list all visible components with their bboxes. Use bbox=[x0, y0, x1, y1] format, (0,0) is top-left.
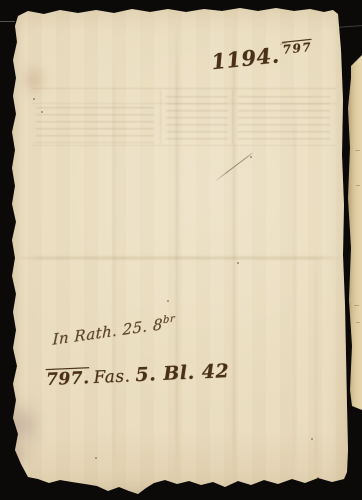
bleed-mark bbox=[354, 305, 359, 306]
bleed-mark bbox=[356, 322, 360, 323]
file-folio: 5. Bl. 42 bbox=[135, 360, 230, 386]
adjacent-page-edge bbox=[346, 50, 362, 416]
bleed-text-block bbox=[36, 107, 154, 143]
foxing-speck bbox=[311, 438, 313, 440]
bleed-text-block bbox=[238, 96, 330, 142]
vertical-crease bbox=[315, 250, 317, 480]
file-reference: 797.Fas.5. Bl. 42 bbox=[46, 360, 230, 390]
foxing-speck bbox=[167, 300, 169, 302]
council-note-superscript: br bbox=[163, 313, 175, 326]
photo-background: 1194.797 In Rath. 25. 8br 797.Fas.5. Bl.… bbox=[0, 0, 362, 500]
foxing-speck bbox=[250, 156, 252, 158]
file-number: 797. bbox=[46, 368, 90, 390]
foxing-speck bbox=[237, 262, 239, 264]
foxing-speck bbox=[33, 98, 35, 100]
scratch-line-right bbox=[337, 25, 362, 28]
foxing-speck bbox=[95, 457, 97, 459]
file-series: Fas. bbox=[93, 366, 131, 388]
bleed-column-line bbox=[160, 90, 161, 144]
foxing-speck bbox=[317, 477, 319, 479]
bleed-text-block bbox=[166, 96, 228, 142]
stain-bottom-left-small bbox=[4, 438, 34, 472]
archive-number-suffix: 797 bbox=[282, 40, 313, 57]
archive-number-main: 1194. bbox=[210, 42, 281, 74]
scratch-line-left bbox=[0, 21, 15, 22]
foxing-speck bbox=[41, 111, 43, 113]
archive-number: 1194.797 bbox=[210, 39, 314, 75]
bleed-rule-line bbox=[32, 88, 336, 89]
paper-surface: 1194.797 In Rath. 25. 8br 797.Fas.5. Bl.… bbox=[0, 0, 362, 500]
document-page: 1194.797 In Rath. 25. 8br 797.Fas.5. Bl.… bbox=[0, 0, 362, 500]
council-note-text: In Rath. 25. 8 bbox=[52, 315, 163, 349]
bleed-column-line bbox=[232, 90, 233, 144]
bleed-mark bbox=[355, 150, 360, 151]
verso-bleed-through bbox=[32, 88, 336, 152]
bleed-mark bbox=[356, 185, 360, 186]
bleed-rule-line bbox=[32, 145, 336, 146]
stain-bottom-left bbox=[0, 390, 48, 460]
